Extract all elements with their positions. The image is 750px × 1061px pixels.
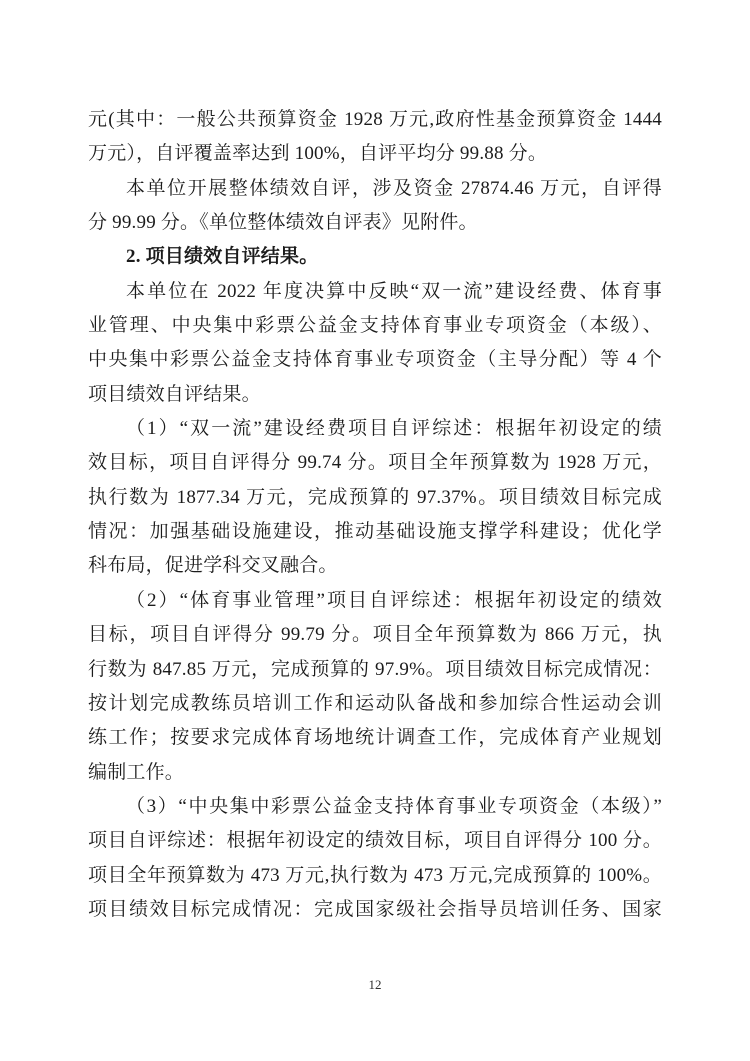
text-line: （3）“中央集中彩票公益金支持体育事业专项资金（本级）”	[88, 790, 662, 824]
text-line: （2）“体育事业管理”项目自评综述：根据年初设定的绩效	[88, 584, 662, 618]
text-line: 情况：加强基础设施建设，推动基础设施支撑学科建设；优化学	[88, 515, 662, 549]
text-line: 项目自评综述：根据年初设定的绩效目标，项目自评得分 100 分。	[88, 824, 662, 858]
text-line: （1）“双一流”建设经费项目自评综述：根据年初设定的绩	[88, 412, 662, 446]
text-line: 项目绩效自评结果。	[88, 378, 662, 412]
text-line: 业管理、中央集中彩票公益金支持体育事业专项资金（本级）、	[88, 309, 662, 343]
text-line: 项目全年预算数为 473 万元,执行数为 473 万元,完成预算的 100%。	[88, 859, 662, 893]
text-line: 练工作；按要求完成体育场地统计调查工作，完成体育产业规划	[88, 721, 662, 755]
text-line: 中央集中彩票公益金支持体育事业专项资金（主导分配）等 4 个	[88, 343, 662, 377]
text-line: 编制工作。	[88, 756, 662, 790]
text-line: 科布局，促进学科交叉融合。	[88, 549, 662, 583]
text-line: 万元），自评覆盖率达到 100%，自评平均分 99.88 分。	[88, 137, 662, 171]
document-body: 元(其中：一般公共预算资金 1928 万元,政府性基金预算资金 1444万元），…	[88, 103, 662, 927]
text-line: 目标，项目自评得分 99.79 分。项目全年预算数为 866 万元，执	[88, 618, 662, 652]
section-heading: 2. 项目绩效自评结果。	[88, 240, 662, 274]
document-page: 元(其中：一般公共预算资金 1928 万元,政府性基金预算资金 1444万元），…	[0, 0, 750, 1061]
text-line: 效目标，项目自评得分 99.74 分。项目全年预算数为 1928 万元，	[88, 446, 662, 480]
text-line: 本单位在 2022 年度决算中反映“双一流”建设经费、体育事	[88, 275, 662, 309]
text-line: 元(其中：一般公共预算资金 1928 万元,政府性基金预算资金 1444	[88, 103, 662, 137]
text-line: 分 99.99 分。《单位整体绩效自评表》见附件。	[88, 206, 662, 240]
text-line: 按计划完成教练员培训工作和运动队备战和参加综合性运动会训	[88, 687, 662, 721]
page-number: 12	[0, 977, 750, 993]
text-line: 执行数为 1877.34 万元，完成预算的 97.37%。项目绩效目标完成	[88, 481, 662, 515]
text-line: 行数为 847.85 万元，完成预算的 97.9%。项目绩效目标完成情况：	[88, 653, 662, 687]
text-line: 本单位开展整体绩效自评，涉及资金 27874.46 万元，自评得	[88, 172, 662, 206]
text-line: 项目绩效目标完成情况：完成国家级社会指导员培训任务、国家	[88, 893, 662, 927]
